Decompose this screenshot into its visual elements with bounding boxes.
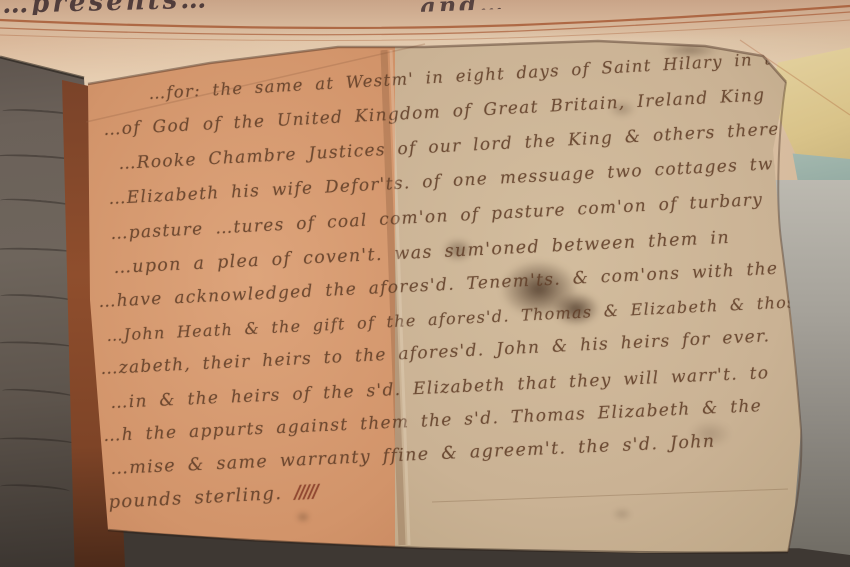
pen-flourish-hatching: ///// [294, 481, 318, 503]
faint-writing-mark [2, 387, 76, 401]
faint-writing-mark [0, 483, 70, 496]
opened-parchment-document: …for: the same at Westm' in eight days o… [0, 0, 850, 567]
faint-writing-mark [0, 436, 76, 448]
photograph-of-parchment-deed: …presents… and… …for: the same at Westm'… [0, 0, 850, 567]
ink-stain [612, 508, 632, 520]
faint-writing-mark [0, 340, 78, 352]
faint-writing-mark [0, 292, 76, 305]
ink-stain [296, 512, 310, 522]
